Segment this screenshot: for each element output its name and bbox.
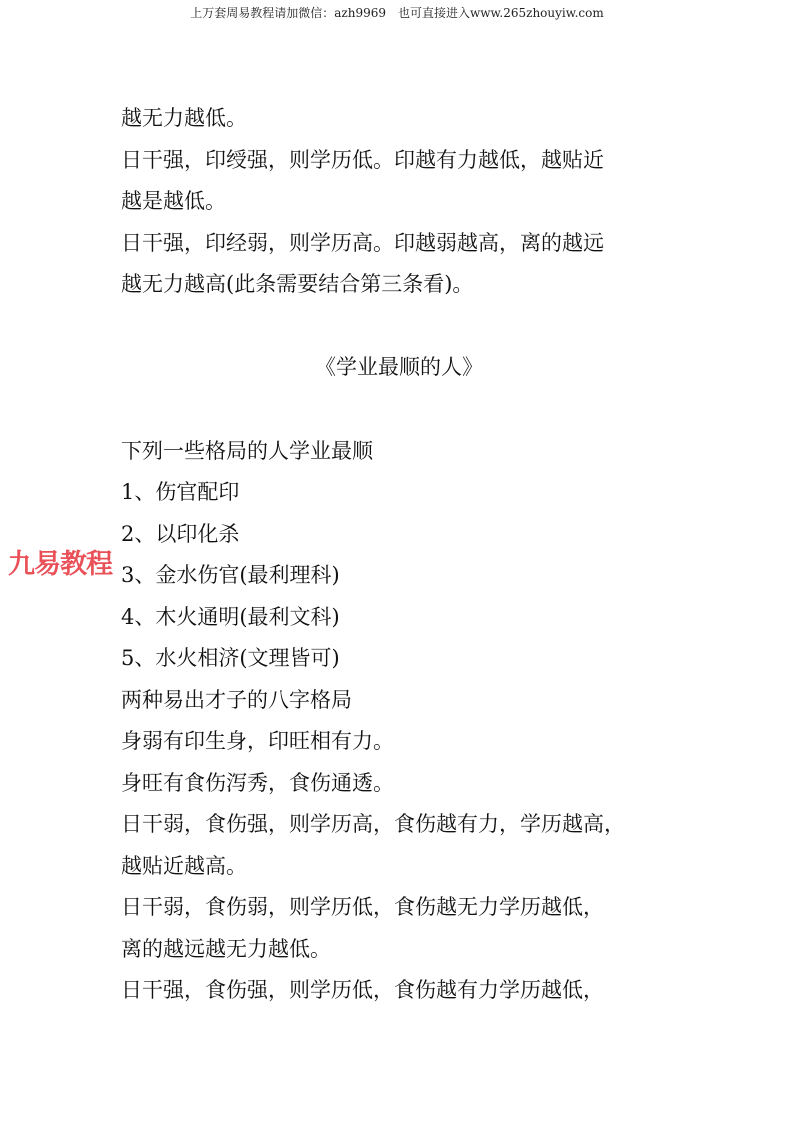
list-item: 1、伤官配印 bbox=[121, 478, 239, 506]
paragraph-line: 越无力越高(此条需要结合第三条看)。 bbox=[121, 270, 473, 298]
paragraph-line: 日干弱，食伤强，则学历高，食伤越有力，学历越高， bbox=[121, 810, 625, 838]
list-item: 3、金水伤官(最利理科) bbox=[121, 561, 340, 589]
paragraph-line: 身弱有印生身，印旺相有力。 bbox=[121, 727, 394, 755]
paragraph-line: 两种易出才子的八字格局 bbox=[121, 686, 352, 714]
paragraph-line: 越贴近越高。 bbox=[121, 852, 247, 880]
header-banner: 上万套周易教程请加微信：azh9969 也可直接进入www.265zhouyiw… bbox=[0, 5, 794, 21]
list-item: 5、水火相济(文理皆可) bbox=[121, 644, 340, 672]
paragraph-line: 越无力越低。 bbox=[121, 104, 247, 132]
paragraph-line: 日干弱，食伤弱，则学历低，食伤越无力学历越低， bbox=[121, 893, 604, 921]
list-item: 2、以印化杀 bbox=[121, 520, 239, 548]
paragraph-line: 日干强，食伤强，则学历低，食伤越有力学历越低， bbox=[121, 976, 604, 1004]
paragraph-line: 越是越低。 bbox=[121, 187, 226, 215]
section-title: 《学业最顺的人》 bbox=[121, 353, 677, 381]
paragraph-line: 离的越远越无力越低。 bbox=[121, 935, 331, 963]
list-item: 4、木火通明(最利文科) bbox=[121, 603, 340, 631]
paragraph-line: 日干强，印绶强，则学历低。印越有力越低，越贴近 bbox=[121, 146, 604, 174]
paragraph-line: 下列一些格局的人学业最顺 bbox=[121, 437, 373, 465]
watermark-logo: 九易教程 bbox=[8, 549, 112, 581]
paragraph-line: 身旺有食伤泻秀，食伤通透。 bbox=[121, 769, 394, 797]
paragraph-line: 日干强，印经弱，则学历高。印越弱越高，离的越远 bbox=[121, 229, 604, 257]
